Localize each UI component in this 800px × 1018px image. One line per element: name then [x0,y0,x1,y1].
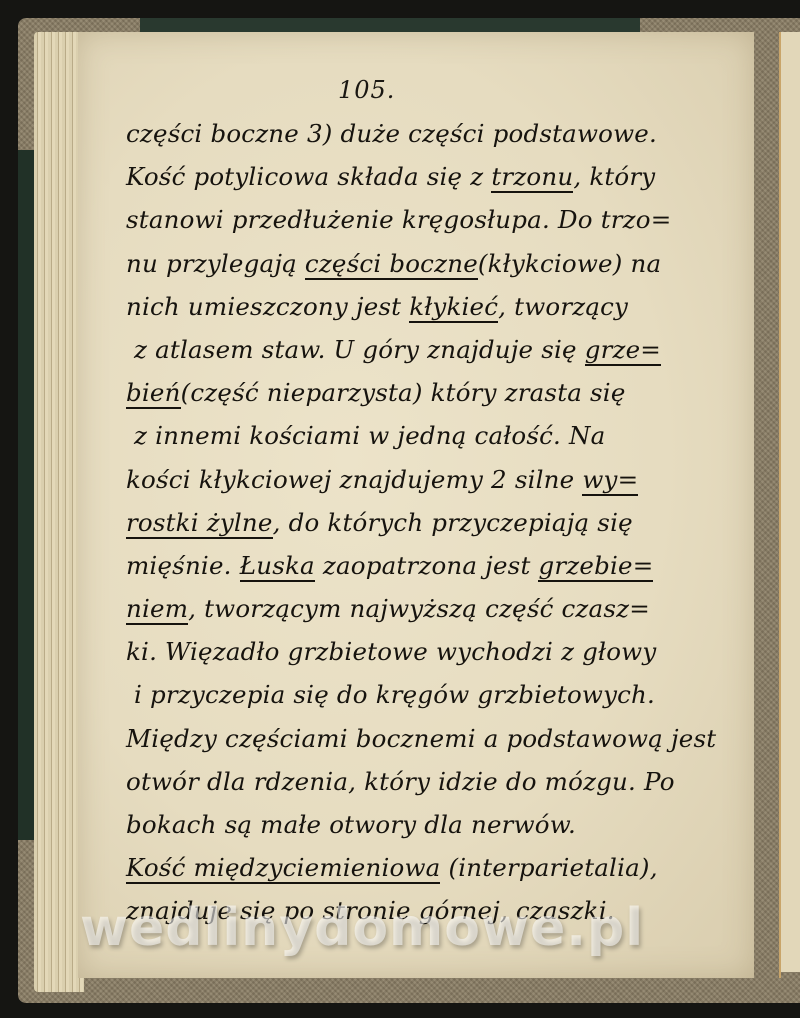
text-line: i przyczepia się do kręgów grzbietowych. [126,673,726,716]
text-segment: , tworzący [498,292,628,321]
underlined-term: rostki żylne [126,508,273,539]
text-segment: i przyczepia się do kręgów grzbietowych. [134,680,655,709]
text-segment: Kość potylicowa składa się z [126,162,491,191]
text-line: bień(część nieparzysta) który zrasta się [126,371,726,414]
text-line: ki. Więzadło grzbietowe wychodzi z głowy [126,630,726,673]
underlined-term: części boczne [305,249,478,280]
text-segment: (część nieparzysta) który zrasta się [181,378,626,407]
text-segment: (kłykciowe) na [478,249,661,278]
text-segment: kości kłykciowej znajdujemy 2 silne [126,465,582,494]
text-line: rostki żylne, do których przyczepiają si… [126,501,726,544]
underlined-term: grzebie= [538,551,653,582]
text-line: bokach są małe otwory dla nerwów. [126,803,726,846]
text-segment: otwór dla rdzenia, który idzie do mózgu.… [126,767,675,796]
text-segment: (interparietalia), [440,853,657,882]
text-line: Między częściami bocznemi a podstawową j… [126,717,726,760]
text-line: nich umieszczony jest kłykieć, tworzący [126,285,726,328]
handwritten-text-body: części boczne 3) duże części podstawowe.… [126,112,726,933]
book-cover-green-edge [18,150,34,840]
text-line: nu przylegają części boczne(kłykciowe) n… [126,242,726,285]
text-line: z atlasem staw. U góry znajduje się grze… [126,328,726,371]
text-segment: części boczne 3) duże części podstawowe. [126,119,657,148]
text-line: kości kłykciowej znajdujemy 2 silne wy= [126,458,726,501]
underlined-term: wy= [582,465,638,496]
text-segment: Między częściami bocznemi a podstawową j… [126,724,716,753]
text-segment: ki. Więzadło grzbietowe wychodzi z głowy [126,637,656,666]
page-stack-edges [34,32,84,992]
text-segment: , tworzącym najwyższą część czasz= [188,594,650,623]
text-segment: mięśnie. [126,551,240,580]
text-segment: , do których przyczepiają się [273,508,633,537]
page-number: 105. [338,76,395,104]
text-segment: bokach są małe otwory dla nerwów. [126,810,576,839]
facing-page-edge [781,32,800,972]
text-line: Kość potylicowa składa się z trzonu, któ… [126,155,726,198]
underlined-term: Łuska [240,551,315,582]
text-line: z innemi kościami w jedną całość. Na [126,414,726,457]
text-line: Kość międzyciemieniowa (interparietalia)… [126,846,726,889]
text-line: części boczne 3) duże części podstawowe. [126,112,726,155]
underlined-term: niem [126,594,188,625]
watermark: wedlinydomowe.pl [80,898,644,958]
text-line: niem, tworzącym najwyższą część czasz= [126,587,726,630]
underlined-term: kłykieć [409,292,498,323]
text-line: mięśnie. Łuska zaopatrzona jest grzebie= [126,544,726,587]
underlined-term: Kość międzyciemieniowa [126,853,440,884]
text-segment: z atlasem staw. U góry znajduje się [134,335,585,364]
text-segment: nu przylegają [126,249,305,278]
text-segment: stanowi przedłużenie kręgosłupa. Do trzo… [126,205,671,234]
text-segment: nich umieszczony jest [126,292,409,321]
underlined-term: bień [126,378,181,409]
text-segment: z innemi kościami w jedną całość. Na [134,421,605,450]
text-line: otwór dla rdzenia, który idzie do mózgu.… [126,760,726,803]
underlined-term: trzonu [491,162,573,193]
book-cover-green-strip [140,18,640,32]
text-line: stanowi przedłużenie kręgosłupa. Do trzo… [126,198,726,241]
text-segment: , który [573,162,655,191]
text-segment: zaopatrzona jest [315,551,539,580]
underlined-term: grze= [585,335,661,366]
